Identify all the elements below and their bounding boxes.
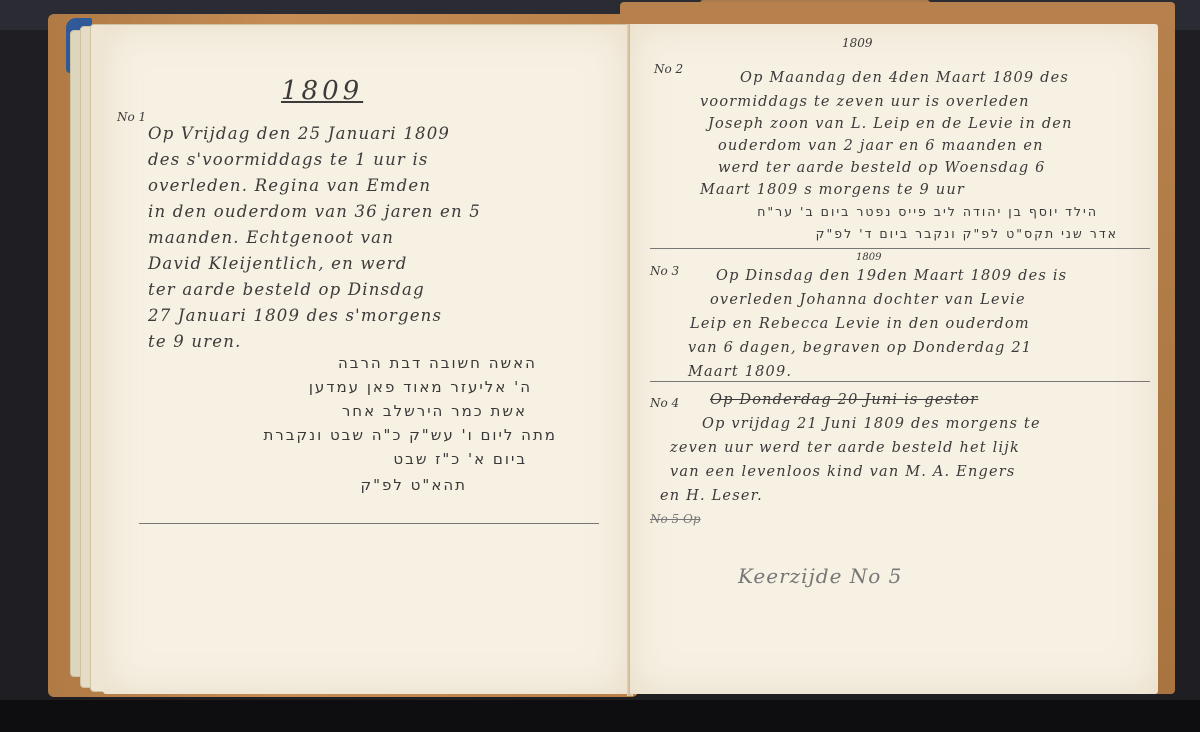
hebrew-line: אדר שני תקס"ט לפ"ק ונקבר ביום ד' לפ"ק	[816, 226, 1118, 241]
entry-line: te 9 uren.	[148, 332, 242, 351]
left-page: 1809 No 1 Op Vrijdag den 25 Januari 1809…	[103, 26, 627, 694]
entry-line: ter aarde besteld op Dinsdag	[148, 280, 425, 299]
entry-line: ouderdom van 2 jaar en 6 maanden en	[718, 138, 1044, 154]
entry-line: 27 Januari 1809 des s'morgens	[148, 306, 442, 325]
hebrew-line: הילד יוסף בן יהודה ליב פייס נפטר ביום ב'…	[757, 204, 1098, 219]
struck-entry-number: No 5 Op	[650, 512, 701, 526]
entry-number: No 2	[654, 62, 683, 76]
entry-line: Leip en Rebecca Levie in den ouderdom	[690, 316, 1030, 332]
entry-number: No 4	[650, 396, 679, 410]
entry-line: David Kleijentlich, en werd	[148, 254, 408, 273]
hebrew-line: אשת כמר הירשלב אחר	[342, 402, 527, 420]
entry-line: in den ouderdom van 36 jaren en 5	[148, 202, 481, 221]
hebrew-line: האשה חשובה דבת הרבה	[338, 354, 537, 372]
entry-line: Maart 1809.	[688, 364, 792, 380]
hebrew-line: מתה ליום ו' עש"ק כ"ה שבט ונקברת	[263, 426, 557, 444]
entry-line: Op Dinsdag den 19den Maart 1809 des is	[716, 268, 1067, 284]
entry-line: Op Vrijdag den 25 Januari 1809	[148, 124, 450, 143]
right-page: 1809 No 2 Op Maandag den 4den Maart 1809…	[630, 24, 1158, 694]
hebrew-line: ביום א' כ"ז שבט	[393, 450, 527, 468]
entry-line: overleden Johanna dochter van Levie	[710, 292, 1026, 308]
year-heading: 1809	[856, 252, 881, 263]
entry-number: No 3	[650, 264, 679, 278]
entry-number: No 1	[117, 110, 146, 124]
entry-line: van 6 dagen, begraven op Donderdag 21	[688, 340, 1032, 356]
entry-divider	[650, 248, 1150, 249]
hebrew-line: ה' אליעזר מאוד פאן עמדען	[309, 378, 532, 396]
entry-line: Maart 1809 s morgens te 9 uur	[700, 182, 965, 198]
entry-divider	[650, 381, 1150, 382]
footer-note: Keerzijde No 5	[738, 564, 902, 588]
entry-line: van een levenloos kind van M. A. Engers	[670, 464, 1016, 480]
struck-line: Op Donderdag 20 Juni is gestor	[710, 392, 978, 408]
year-heading: 1809	[842, 36, 873, 50]
entry-line: Joseph zoon van L. Leip en de Levie in d…	[708, 116, 1073, 132]
year-heading: 1809	[281, 76, 363, 106]
entry-line: maanden. Echtgenoot van	[148, 228, 394, 247]
entry-line: en H. Leser.	[660, 488, 763, 504]
entry-divider	[139, 523, 599, 524]
entry-line: overleden. Regina van Emden	[148, 176, 431, 195]
entry-line: werd ter aarde besteld op Woensdag 6	[718, 160, 1046, 176]
entry-line: Op vrijdag 21 Juni 1809 des morgens te	[702, 416, 1041, 432]
entry-line: zeven uur werd ter aarde besteld het lij…	[670, 440, 1020, 456]
entry-line: des s'voormiddags te 1 uur is	[148, 150, 429, 169]
background-bottom	[0, 700, 1200, 732]
entry-line: Op Maandag den 4den Maart 1809 des	[740, 70, 1069, 86]
entry-line: voormiddags te zeven uur is overleden	[700, 94, 1030, 110]
hebrew-line: תהא"ט לפ"ק	[360, 476, 467, 494]
